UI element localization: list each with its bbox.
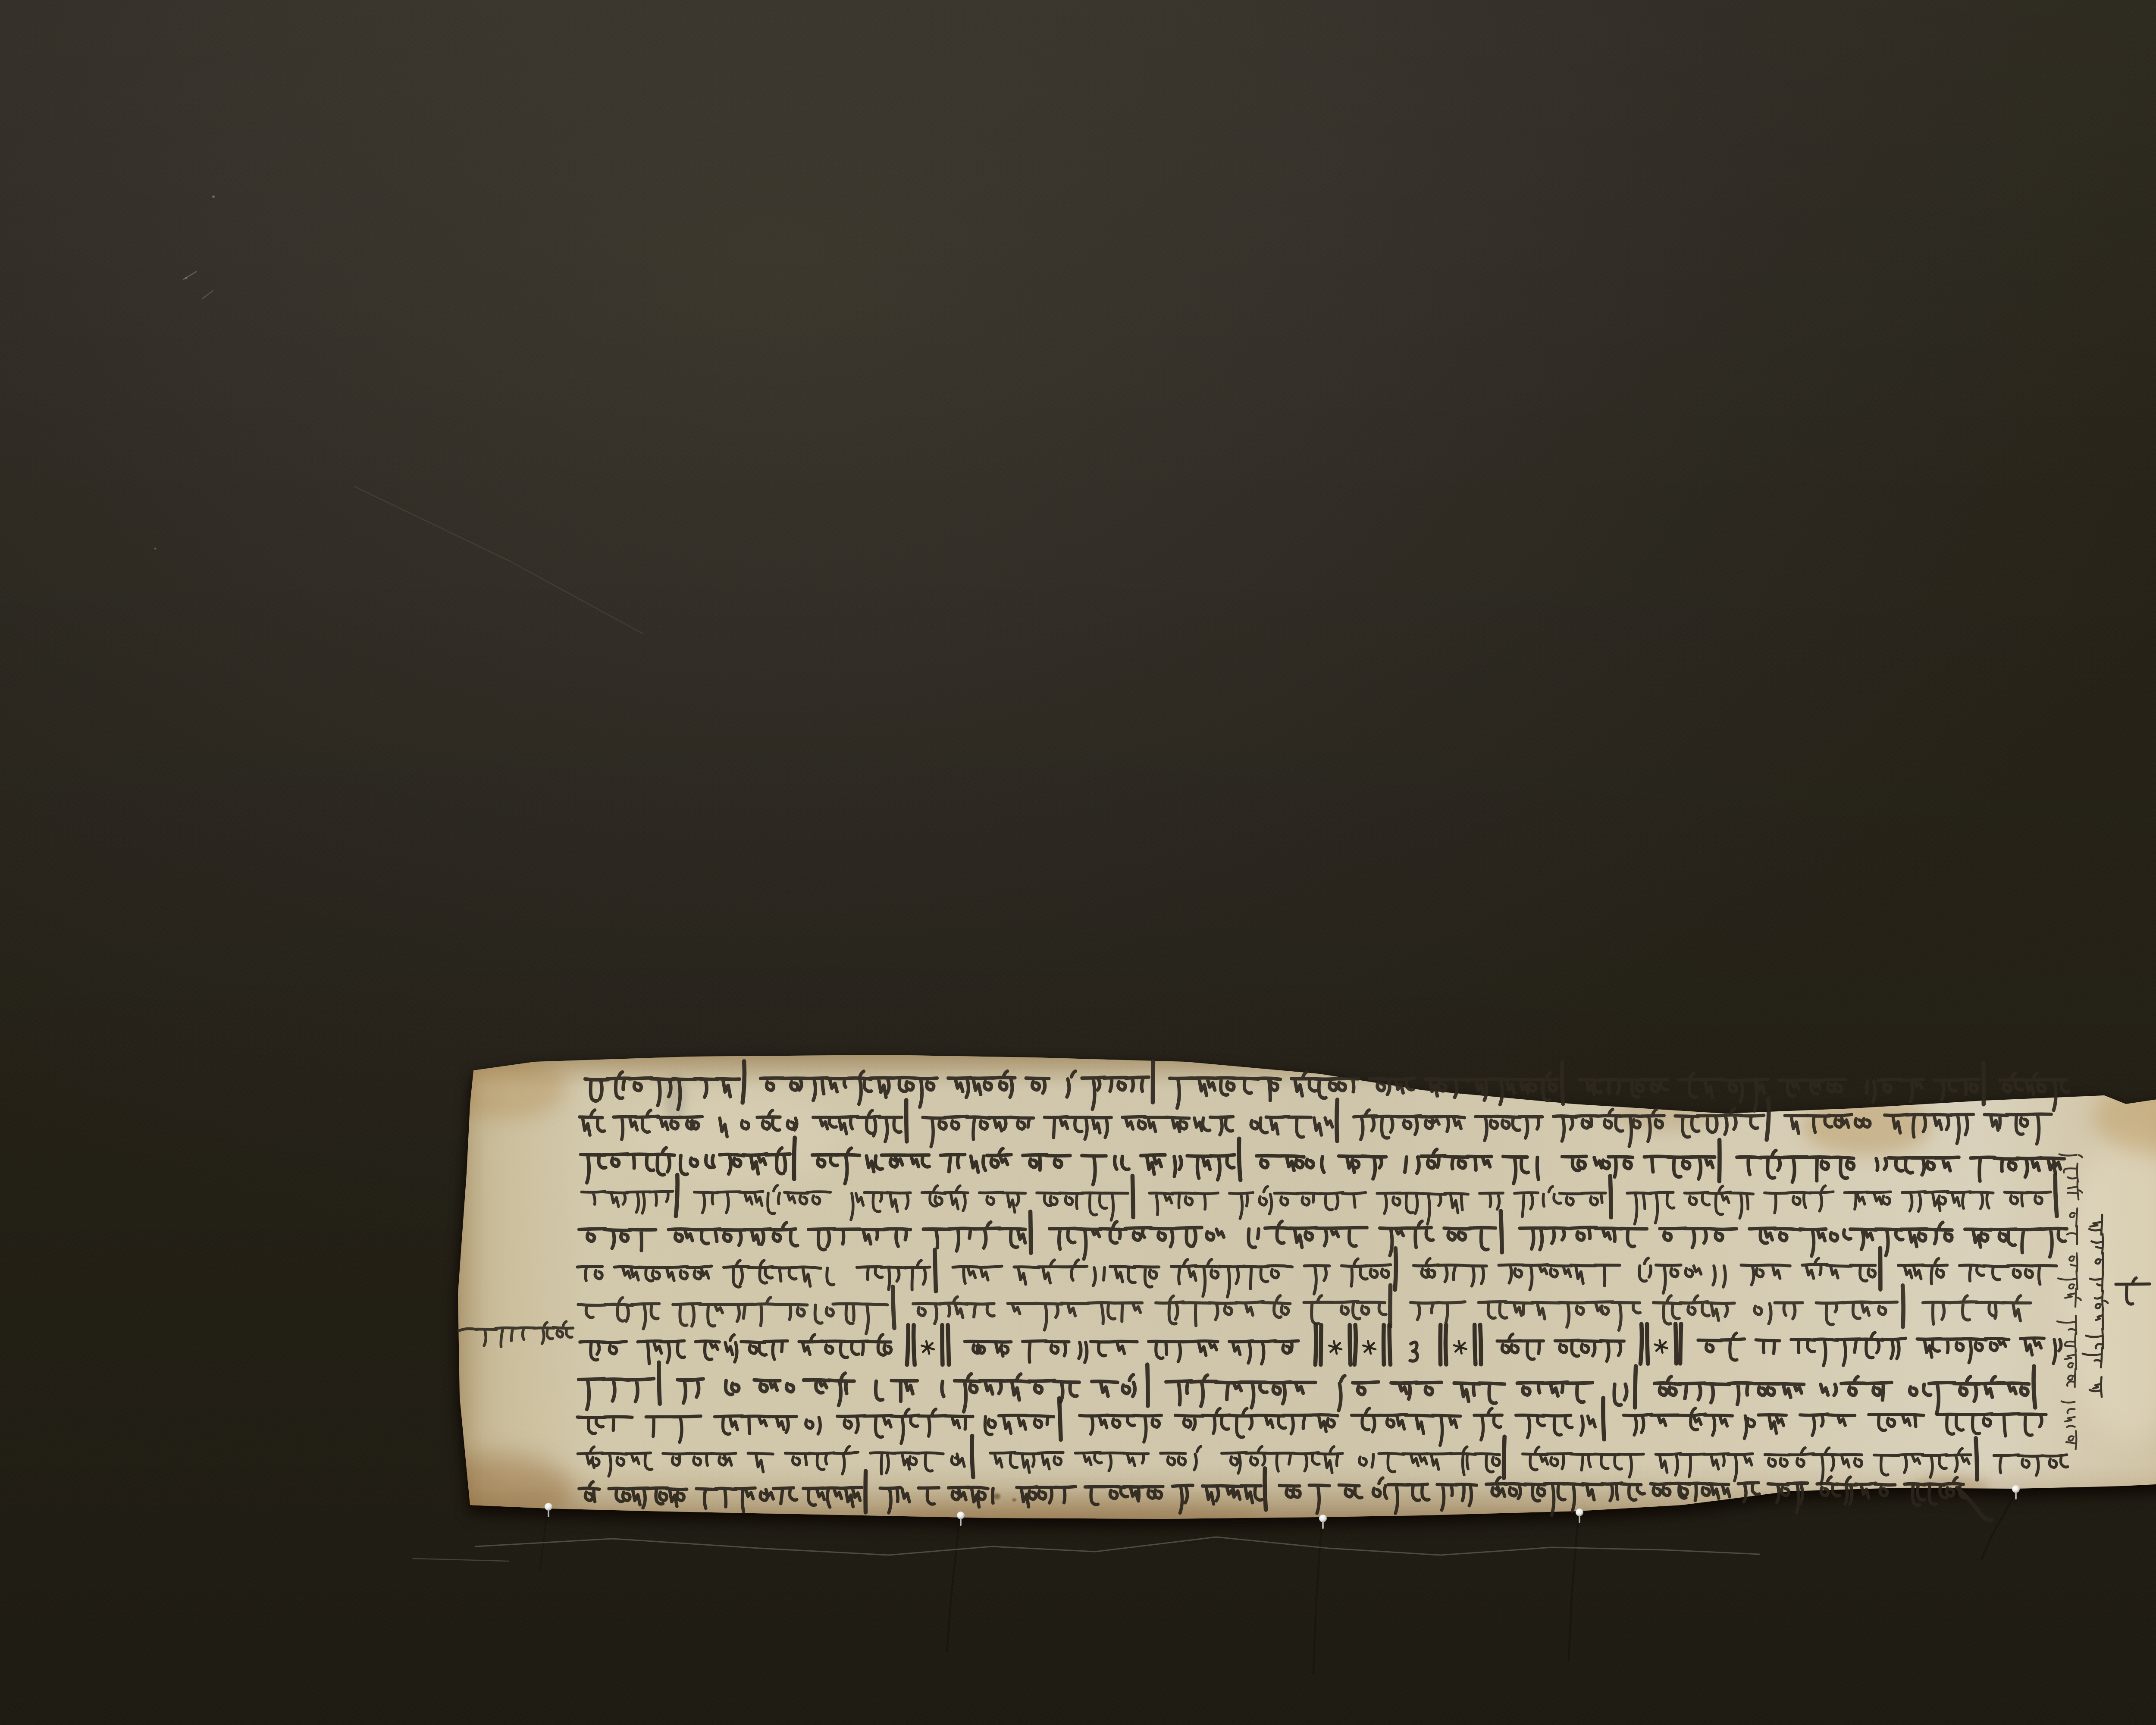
dust-speck	[154, 548, 157, 550]
board-scratch	[203, 291, 213, 298]
text-line-ink-11	[578, 1436, 2068, 1484]
loose-thread	[413, 1559, 509, 1561]
text-line-ink-12	[579, 1468, 1992, 1520]
text-line-ink-6	[577, 1248, 2056, 1297]
mounting-pin	[1576, 1509, 1583, 1523]
right-margin-note-a-ink	[2057, 1154, 2082, 1449]
left-margin-title-ink	[458, 1321, 573, 1346]
dust-speck	[212, 195, 215, 198]
mounting-pin	[545, 1503, 552, 1517]
text-line-ink-8	[580, 1324, 2061, 1366]
pin-shadow	[1313, 1528, 1321, 1673]
board-details	[154, 195, 2156, 1673]
handwriting-ink	[458, 1061, 2150, 1520]
text-line-ink-1	[585, 1061, 2068, 1111]
dust-speck	[185, 277, 188, 279]
board-scratch	[354, 486, 643, 634]
right-margin-note-b-ink	[2083, 1215, 2108, 1397]
pin-shadow	[1569, 1522, 1578, 1660]
mounting-pin	[1319, 1515, 1327, 1529]
right-margin-invocation-ink	[2116, 1278, 2150, 1304]
text-line-ink-9	[579, 1362, 2035, 1414]
mounting-pin	[957, 1512, 965, 1526]
board-scratch	[183, 272, 196, 279]
text-line-ink-4	[582, 1175, 2057, 1224]
pin-shadow	[1982, 1498, 2013, 1559]
text-line-ink-2	[580, 1098, 2051, 1147]
text-line-ink-5	[579, 1211, 2067, 1259]
loose-thread	[475, 1537, 1759, 1555]
ink-and-pins-overlay	[0, 0, 2156, 1725]
pin-shadow	[947, 1525, 959, 1652]
photograph: শ্রীশ্রীভারতঃ শ্রীঃ তত্রৈতে যাত্রা প্রভু…	[0, 0, 2156, 1725]
text-line-ink-7	[578, 1285, 2031, 1333]
text-line-ink-3	[581, 1138, 2064, 1185]
text-line-ink-10	[577, 1398, 2046, 1446]
